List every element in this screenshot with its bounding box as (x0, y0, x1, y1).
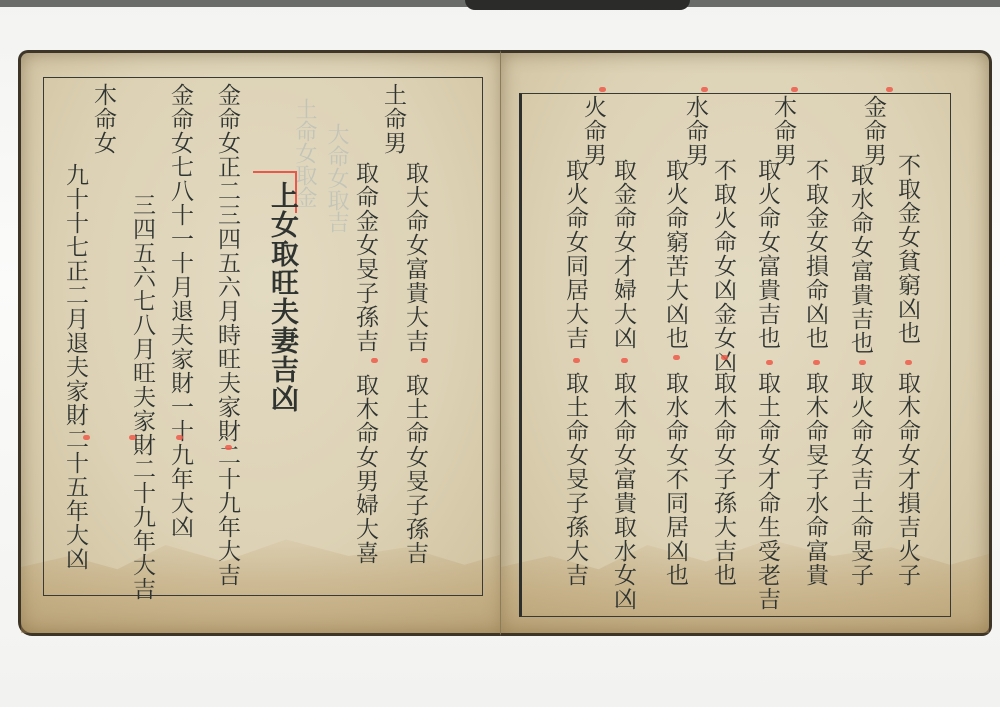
text-column: 取木命旻子水命富貴 (801, 371, 829, 587)
text-column: 取大命女富貴大吉 (401, 161, 429, 353)
left-page: 土命女取金 大命女取吉 金命女正二三四五六月時旺夫家財二十九年大吉 金命女七八十… (18, 50, 503, 636)
red-punctuation-dot (225, 445, 232, 450)
section-title: 上女取旺夫妻吉凶 (269, 181, 297, 413)
text-column: 九十十七正二月退夫家財二十五年大凶 (61, 163, 89, 571)
text-column: 木命女 (89, 83, 117, 155)
red-punctuation-dot (905, 360, 912, 365)
text-column: 取土命女旻子孫吉 (401, 373, 429, 565)
red-punctuation-dot (791, 87, 798, 92)
heading-column: 土命男 (379, 83, 407, 155)
text-column: 取木命女才損吉火子 (893, 371, 921, 587)
text-column: 三四五六七八月旺夫家財二十九年大吉 (128, 193, 156, 601)
red-punctuation-dot (701, 87, 708, 92)
text-column: 取土命女才命生受老吉 (753, 371, 781, 611)
heading-column: 火命男 (579, 95, 607, 167)
text-column: 取金命女才婦大凶 (609, 158, 637, 350)
red-punctuation-dot (621, 358, 628, 363)
red-punctuation-dot (599, 87, 606, 92)
scanner-top-edge (0, 0, 1000, 7)
red-punctuation-dot (673, 355, 680, 360)
text-column: 取木命女子孫大吉也 (709, 371, 737, 587)
red-punctuation-dot (886, 87, 893, 92)
red-punctuation-dot (129, 435, 136, 440)
red-punctuation-dot (721, 355, 728, 360)
red-punctuation-dot (813, 360, 820, 365)
right-page: 金命男 不取金女貧窮凶也 取水命女富貴吉也 取木命女才損吉火子 取火命女吉土命旻… (500, 50, 992, 636)
text-column: 取水命女富貴吉也 (846, 163, 874, 355)
bleed-through-text: 大命女取吉 (321, 123, 352, 233)
text-column: 取木命女富貴取水女凶 (609, 371, 637, 611)
scanner-shadow (465, 0, 690, 10)
text-column: 取火命窮苦大凶也 (661, 158, 689, 350)
text-column: 取水命女不同居凶也 (661, 371, 689, 587)
text-column: 取火命女同居大吉 (561, 158, 589, 350)
text-column: 不取金女貧窮凶也 (893, 153, 921, 345)
text-column: 取火命女富貴吉也 (753, 158, 781, 350)
text-column: 不取金女損命凶也 (801, 158, 829, 350)
red-punctuation-dot (421, 358, 428, 363)
text-column: 取木命女男婦大喜 (351, 373, 379, 565)
text-column: 不取火命女凶金女凶 (709, 158, 737, 374)
text-column: 取土命女旻子孫大吉 (561, 371, 589, 587)
text-column: 取火命女吉土命旻子 (846, 371, 874, 587)
red-punctuation-dot (573, 358, 580, 363)
text-column: 金命女七八十一十月退夫家財一十九年大凶 (166, 83, 194, 539)
heading-column: 金命男 (859, 95, 887, 167)
red-punctuation-dot (766, 360, 773, 365)
red-punctuation-dot (83, 435, 90, 440)
red-punctuation-dot (371, 358, 378, 363)
red-punctuation-dot (176, 435, 183, 440)
text-column: 金命女正二三四五六月時旺夫家財二十九年大吉 (213, 83, 241, 587)
manuscript-book: 土命女取金 大命女取吉 金命女正二三四五六月時旺夫家財二十九年大吉 金命女七八十… (18, 50, 990, 630)
text-column: 取命金女旻子孫吉 (351, 161, 379, 353)
red-punctuation-dot (859, 360, 866, 365)
heading-column: 水命男 (681, 95, 709, 167)
heading-column: 木命男 (769, 95, 797, 167)
